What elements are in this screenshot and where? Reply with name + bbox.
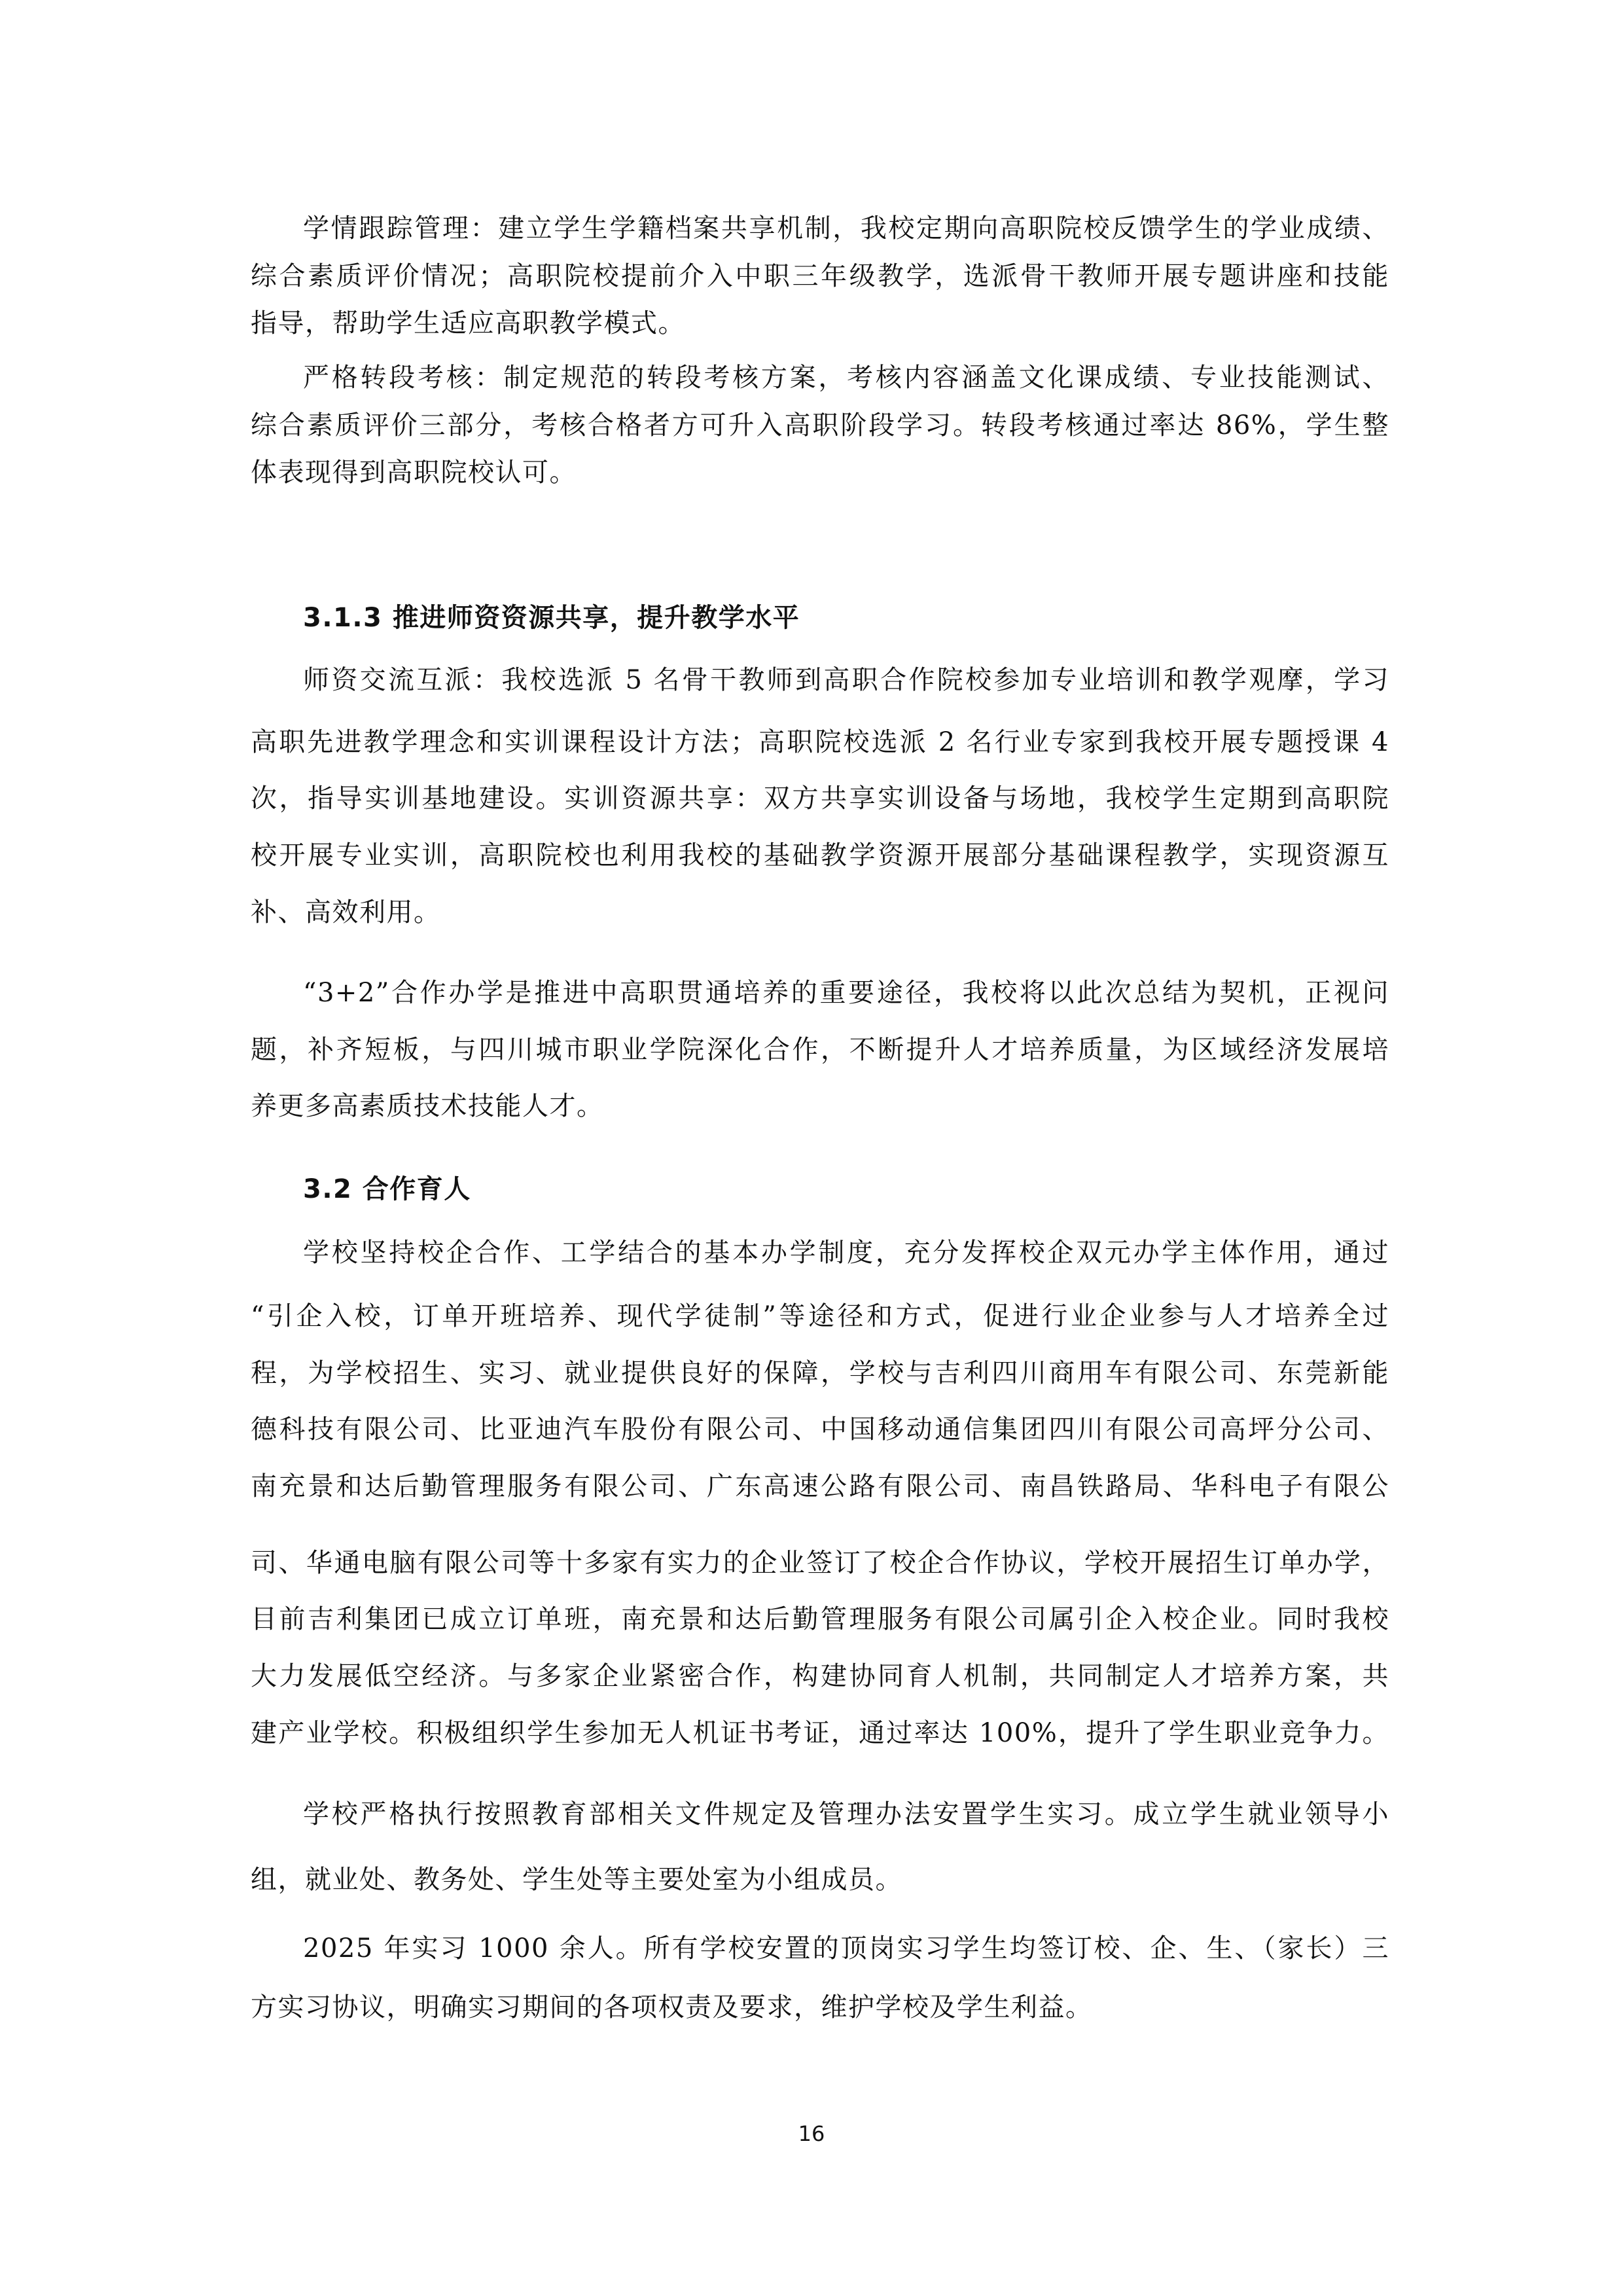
paragraph-cooperation-line-9: 建产业学校。积极组织学生参加无人机证书考证，通过率达 100%，提升了学生职业竞… <box>251 1717 1389 1749</box>
paragraph-internship-2025-line-1: 2025 年实习 1000 余人。所有学校安置的顶岗实习学生均签订校、企、生、（… <box>303 1933 1389 1964</box>
paragraph-3plus2-line-1: “3+2”合作办学是推进中高职贯通培养的重要途径，我校将以此次总结为契机，正视问 <box>303 977 1389 1009</box>
paragraph-teacher-exchange-line-3: 次，指导实训基地建设。实训资源共享：双方共享实训设备与场地，我校学生定期到高职院 <box>251 783 1389 814</box>
paragraph-cooperation-line-6: 司、华通电脑有限公司等十多家有实力的企业签订了校企合作协议，学校开展招生订单办学… <box>251 1547 1389 1579</box>
page-number: 16 <box>0 2121 1623 2147</box>
paragraph-tracking-line-3: 指导，帮助学生适应高职教学模式。 <box>251 308 1389 339</box>
section-heading-3-2: 3.2 合作育人 <box>303 1174 1389 1205</box>
paragraph-teacher-exchange-line-4: 校开展专业实训，高职院校也利用我校的基础教学资源开展部分基础课程教学，实现资源互 <box>251 840 1389 871</box>
paragraph-cooperation-line-7: 目前吉利集团已成立订单班，南充景和达后勤管理服务有限公司属引企入校企业。同时我校 <box>251 1604 1389 1635</box>
paragraph-tracking-line-1: 学情跟踪管理：建立学生学籍档案共享机制，我校定期向高职院校反馈学生的学业成绩、 <box>303 213 1389 244</box>
section-heading-3-1-3: 3.1.3 推进师资资源共享，提升教学水平 <box>303 602 1389 634</box>
paragraph-assessment-line-2: 综合素质评价三部分，考核合格者方可升入高职阶段学习。转段考核通过率达 86%，学… <box>251 410 1389 441</box>
paragraph-cooperation-line-3: 程，为学校招生、实习、就业提供良好的保障，学校与吉利四川商用车有限公司、东莞新能 <box>251 1357 1389 1389</box>
paragraph-teacher-exchange-line-1: 师资交流互派：我校选派 5 名骨干教师到高职合作院校参加专业培训和教学观摩，学习 <box>303 664 1389 696</box>
paragraph-3plus2-line-3: 养更多高素质技术技能人才。 <box>251 1090 1389 1122</box>
paragraph-teacher-exchange-line-5: 补、高效利用。 <box>251 897 1389 928</box>
paragraph-internship-rules-line-2: 组，就业处、教务处、学生处等主要处室为小组成员。 <box>251 1864 1389 1895</box>
paragraph-3plus2-line-2: 题，补齐短板，与四川城市职业学院深化合作，不断提升人才培养质量，为区域经济发展培 <box>251 1034 1389 1066</box>
paragraph-tracking-line-2: 综合素质评价情况；高职院校提前介入中职三年级教学，选派骨干教师开展专题讲座和技能 <box>251 260 1389 292</box>
paragraph-assessment-line-3: 体表现得到高职院校认可。 <box>251 457 1389 488</box>
paragraph-cooperation-line-5: 南充景和达后勤管理服务有限公司、广东高速公路有限公司、南昌铁路局、华科电子有限公 <box>251 1471 1389 1502</box>
paragraph-cooperation-line-8: 大力发展低空经济。与多家企业紧密合作，构建协同育人机制，共同制定人才培养方案，共 <box>251 1660 1389 1692</box>
paragraph-internship-2025-line-2: 方实习协议，明确实习期间的各项权责及要求，维护学校及学生利益。 <box>251 1992 1389 2023</box>
paragraph-assessment-line-1: 严格转段考核：制定规范的转段考核方案，考核内容涵盖文化课成绩、专业技能测试、 <box>303 362 1389 393</box>
paragraph-cooperation-line-4: 德科技有限公司、比亚迪汽车股份有限公司、中国移动通信集团四川有限公司高坪分公司、 <box>251 1414 1389 1445</box>
paragraph-cooperation-line-2: “引企入校，订单开班培养、现代学徒制”等途径和方式，促进行业企业参与人才培养全过 <box>251 1300 1389 1332</box>
paragraph-teacher-exchange-line-2: 高职先进教学理念和实训课程设计方法；高职院校选派 2 名行业专家到我校开展专题授… <box>251 726 1389 758</box>
paragraph-cooperation-line-1: 学校坚持校企合作、工学结合的基本办学制度，充分发挥校企双元办学主体作用，通过 <box>303 1237 1389 1268</box>
paragraph-internship-rules-line-1: 学校严格执行按照教育部相关文件规定及管理办法安置学生实习。成立学生就业领导小 <box>303 1799 1389 1830</box>
document-page: 学情跟踪管理：建立学生学籍档案共享机制，我校定期向高职院校反馈学生的学业成绩、 … <box>0 0 1623 2296</box>
